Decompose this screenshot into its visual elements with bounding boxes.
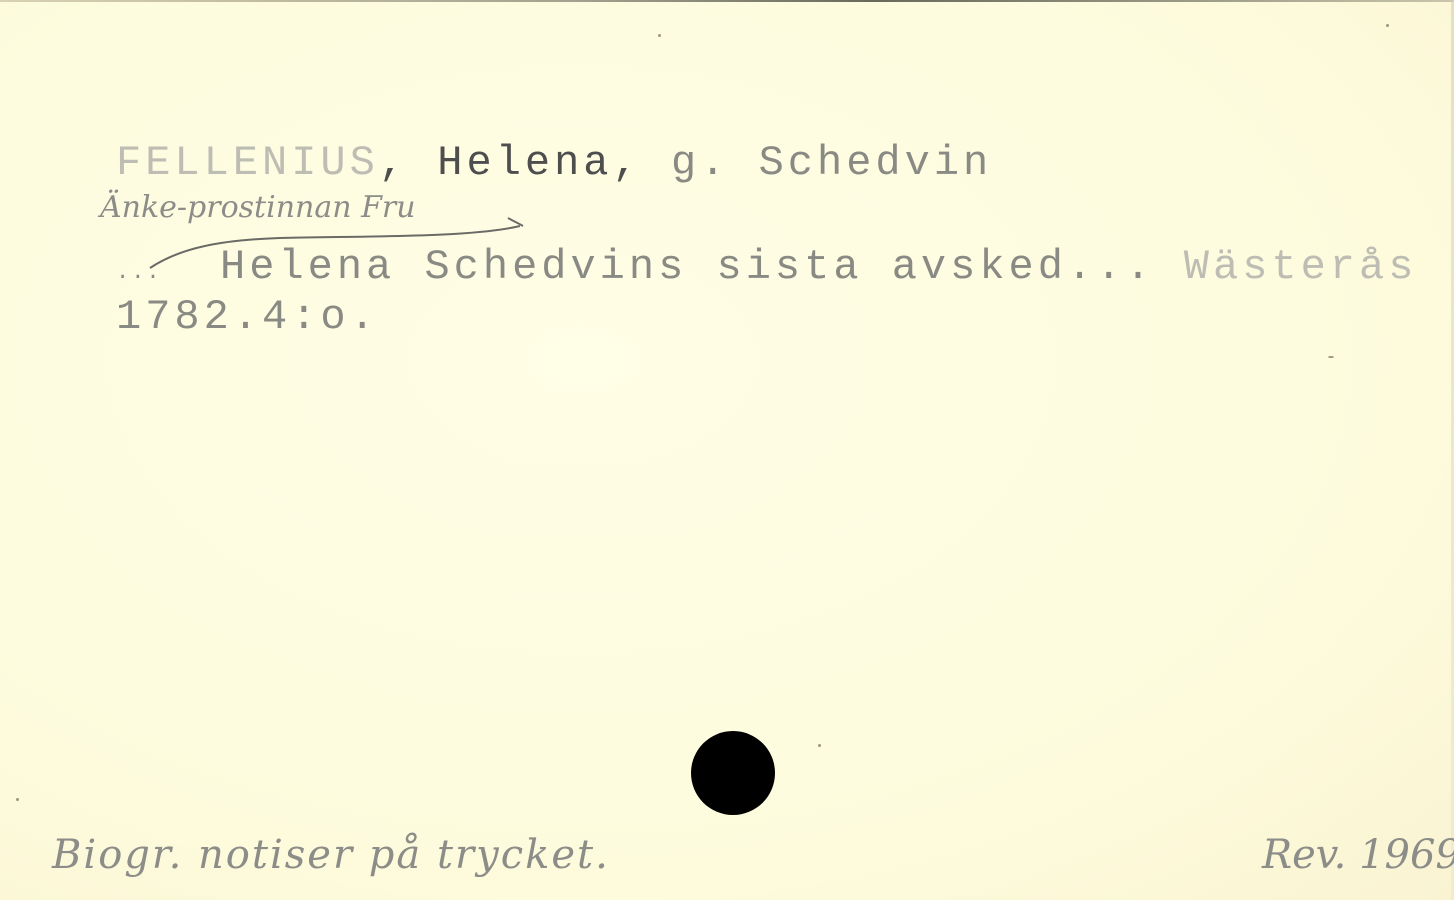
entry-title: Helena Schedvins sista avsked...	[220, 243, 1155, 291]
punch-hole	[691, 731, 775, 815]
paper-speck	[1386, 24, 1389, 27]
paper-speck	[818, 744, 821, 747]
entry-year-format: 1782.4:o.	[116, 296, 379, 338]
footer-right-note: Rev. 1969	[1262, 832, 1454, 878]
paper-speck	[658, 34, 661, 37]
paper-speck	[1328, 356, 1334, 358]
footer-left-note: Biogr. notiser på trycket.	[52, 832, 610, 878]
entry-leader: ...	[116, 260, 162, 285]
entry-place: Wästerås	[1184, 243, 1418, 291]
catalog-card: FELLENIUS, Helena, g. Schedvin Änke-pros…	[0, 0, 1454, 900]
paper-speck	[16, 798, 19, 801]
entry-line-1: ... Helena Schedvins sista avsked... Wäs…	[116, 246, 1417, 288]
